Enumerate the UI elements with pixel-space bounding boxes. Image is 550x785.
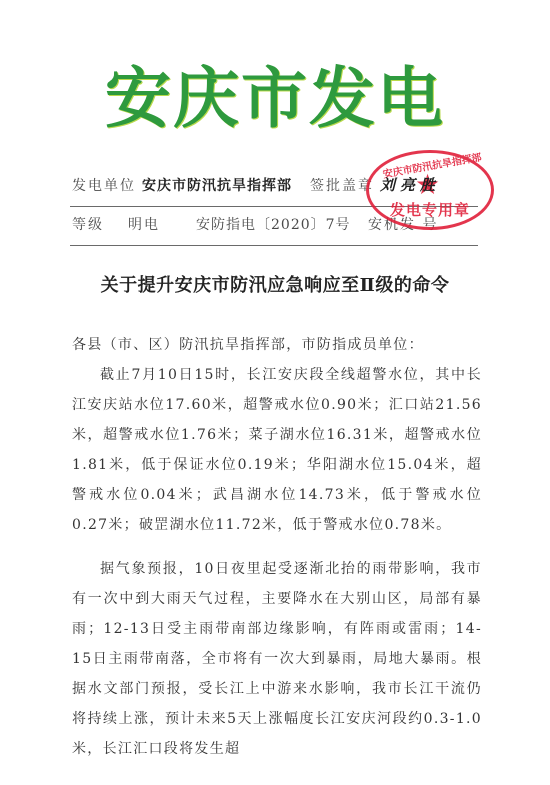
masthead-title: 安庆市发电 [0, 62, 550, 136]
paragraph-water-levels: 截止7月10日15时，长江安庆段全线超警水位，其中长江安庆站水位17.60米，超… [72, 360, 482, 540]
doc-number: 安防指电〔2020〕7号 [196, 215, 351, 235]
seal-purpose-text: 发电专用章 [369, 199, 491, 220]
grade-value: 明电 [128, 215, 160, 235]
document-body: 各县（市、区）防汛抗旱指挥部，市防指成员单位： 截止7月10日15时，长江安庆段… [72, 330, 482, 764]
document-title: 关于提升安庆市防汛应急响应至Ⅱ级的命令 [0, 271, 550, 297]
sender-label: 发电单位 [72, 176, 136, 196]
grade-label: 等级 [72, 215, 104, 235]
sign-label: 签批盖章 [310, 176, 374, 196]
signature: 刘亮胜 [380, 174, 440, 195]
paragraph-forecast: 据气象预报，10日夜里起受逐渐北抬的雨带影响，我市有一次中到大雨天气过程，主要降… [72, 554, 482, 764]
salutation: 各县（市、区）防汛抗旱指挥部，市防指成员单位： [72, 330, 482, 360]
sender-value: 安庆市防汛抗旱指挥部 [142, 176, 292, 196]
header-divider-bottom [70, 245, 478, 246]
